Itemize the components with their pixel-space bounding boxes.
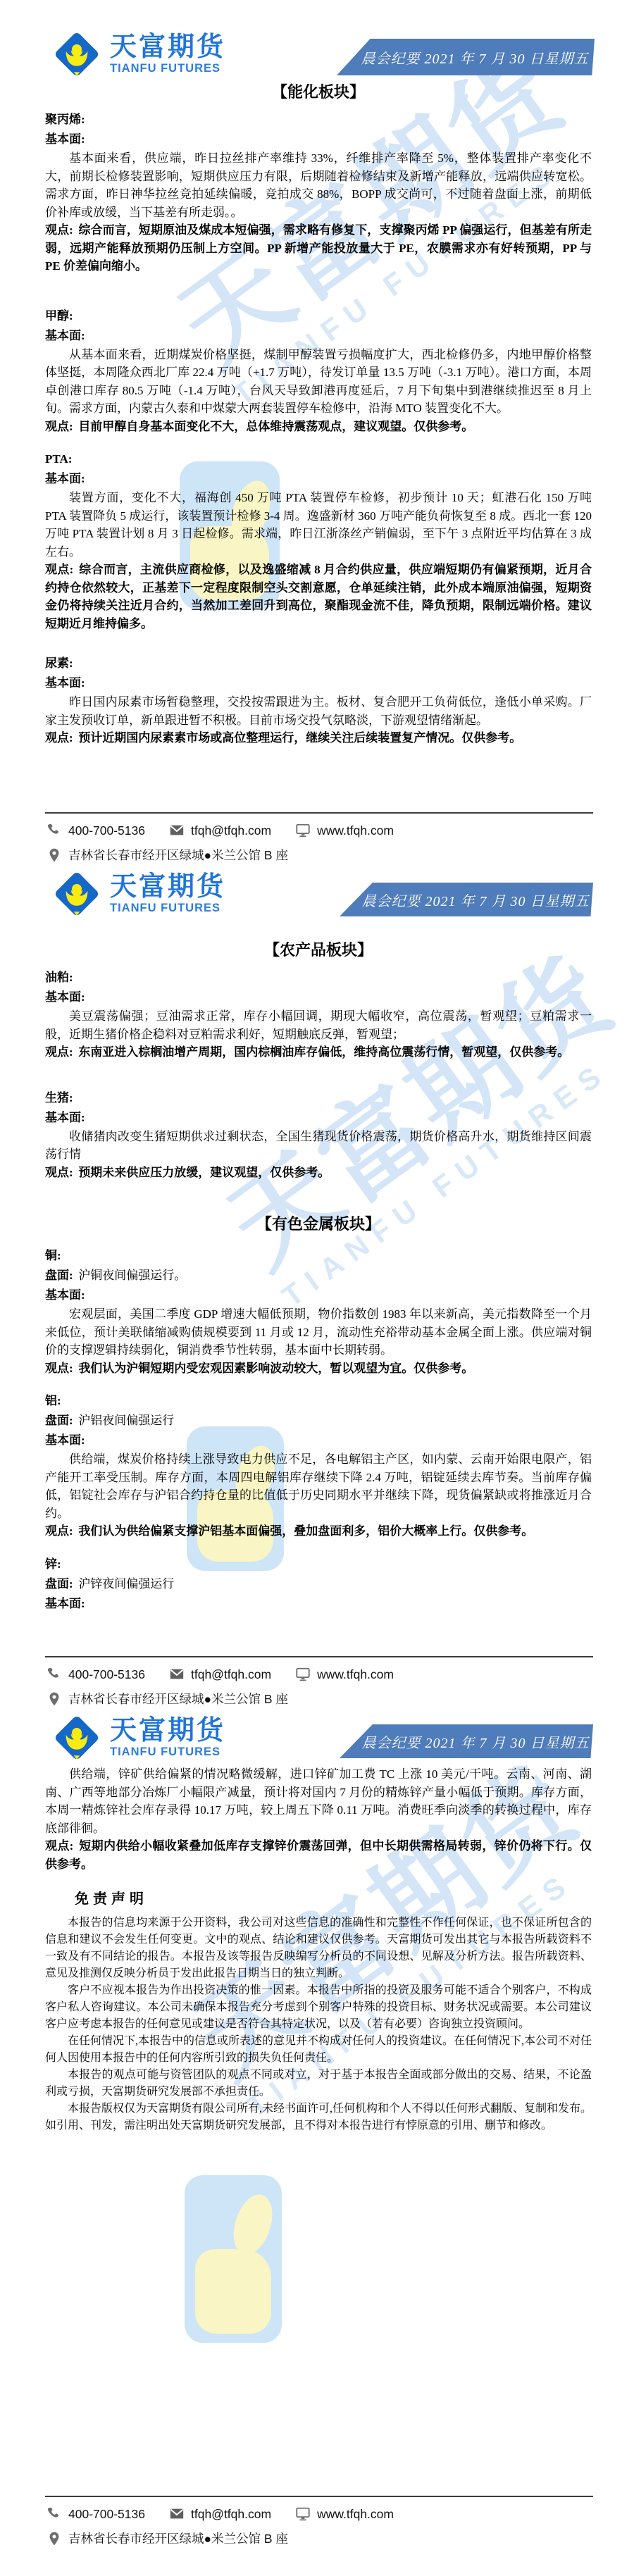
commodity-name: 甲醇: <box>45 306 592 326</box>
commodity-name: 铜: <box>45 1246 592 1266</box>
board-text: 盘面:沪铜夜间偏强运行。 <box>45 1266 592 1286</box>
viewpoint-text: 观点:短期内供给小幅收紧叠加低库存支撑锌价震荡回弹，但中长期供需格局转弱，锌价仍… <box>45 1837 592 1873</box>
logo-title: 天富期货 <box>110 873 225 901</box>
aluminum-section: 铝: 盘面:沪铝夜间偏强运行 基本面: 供给端，煤炭价格持续上涨导致电力供应不足… <box>45 1391 592 1541</box>
fundamental-label: 基本面: <box>45 1286 592 1305</box>
mail-icon <box>169 1667 185 1682</box>
footer-phone: 400-700-5136 <box>68 1667 145 1682</box>
fundamental-text: 从基本面来看，近期煤炭价格坚挺，煤制甲醇装置亏损幅度扩大，西北检修仍多，内地甲醇… <box>45 346 592 418</box>
oilmeal-section: 油粕: 基本面: 美豆震荡偏强；豆油需求正常，库存小幅回调，期现大幅收窄，高位震… <box>45 968 592 1062</box>
hogs-section: 生猪: 基本面: 收储猪肉改变生猪短期供求过剩状态，全国生猪现货价格震荡，期货价… <box>45 1088 592 1182</box>
tianfu-logo-icon <box>52 869 101 919</box>
footer-website: www.tfqh.com <box>317 2507 394 2522</box>
fundamental-text: 昨日国内尿素市场暂稳整理，交投按需跟进为主。板材、复合肥开工负荷低位，逢低小单采… <box>45 693 592 729</box>
viewpoint-text: 观点:我们认为供给偏紧支撑沪铝基本面偏强，叠加盘面利多，铝价大概率上行。仅供参考… <box>45 1522 592 1541</box>
fundamental-text: 美豆震荡偏强；豆油需求正常，库存小幅回调，期现大幅收窄，高位震荡，暂观望；豆粕需… <box>45 1007 592 1043</box>
watermark-logo-blob <box>185 2175 282 2343</box>
disclaimer-title: 免责声明 <box>75 1887 592 1908</box>
page-footer: 400-700-5136 tfqh@tfqh.com www.tfqh.com … <box>46 1667 418 1712</box>
date-banner: 晨会纪要 2021 年 7 月 30 日星期五 <box>340 883 593 916</box>
logo-subtitle: TIANFU FUTURES <box>110 61 225 75</box>
viewpoint-text: 观点:目前甲醇自身基本面变化不大，总体维持震荡观点，建议观望。仅供参考。 <box>45 418 592 436</box>
brand-logo: 天富期货 TIANFU FUTURES <box>52 869 225 919</box>
page-energy: 天富期货 TIANFU FUTURES 天富期货 TIANFU FUTURES … <box>0 0 634 866</box>
date-banner: 晨会纪要 2021 年 7 月 30 日星期五 <box>340 1724 593 1758</box>
section-title-energy: 【能化板块】 <box>45 82 592 103</box>
disclaimer-paragraph: 本报告版权仅为天富期货有限公司所有,未经书面许可,任何机构和个人不得以任何形式翻… <box>45 2101 592 2134</box>
fundamental-label: 基本面: <box>45 1594 592 1614</box>
page-footer: 400-700-5136 tfqh@tfqh.com www.tfqh.com … <box>46 823 418 866</box>
footer-divider <box>45 2496 593 2497</box>
viewpoint-text: 观点:东南亚进入棕榈油增产周期，国内棕榈油库存偏低，维持高位震荡行情，暂观望，仅… <box>45 1043 592 1062</box>
date-banner: 晨会纪要 2021 年 7 月 30 日星期五 <box>337 39 595 75</box>
footer-phone: 400-700-5136 <box>68 823 145 838</box>
phone-icon <box>46 1667 62 1682</box>
date-banner-text: 晨会纪要 2021 年 7 月 30 日星期五 <box>344 1731 590 1752</box>
commodity-name: 生猪: <box>45 1088 592 1108</box>
date-banner-text: 晨会纪要 2021 年 7 月 30 日星期五 <box>344 890 590 910</box>
monitor-icon <box>295 1667 311 1682</box>
fundamental-label: 基本面: <box>45 673 592 693</box>
location-pin-icon <box>46 847 62 863</box>
monitor-icon <box>295 2506 311 2522</box>
commodity-name: 锌: <box>45 1555 592 1574</box>
tianfu-logo-icon <box>52 1713 101 1762</box>
commodity-name: 铝: <box>45 1391 592 1411</box>
commodity-name: 聚丙烯: <box>45 110 592 130</box>
viewpoint-text: 观点:综合而言，短期原油及煤成本短偏强，需求略有修复下，支撑聚丙烯 PP 偏强运… <box>45 221 592 275</box>
fundamental-label: 基本面: <box>45 988 592 1007</box>
fundamental-text: 收储猪肉改变生猪短期供求过剩状态，全国生猪现货价格震荡，期货价格高升水，期货维持… <box>45 1128 592 1164</box>
brand-logo: 天富期货 TIANFU FUTURES <box>52 1713 225 1762</box>
location-pin-icon <box>46 1691 62 1707</box>
footer-divider <box>45 1656 593 1657</box>
footer-address: 吉林省长春市经开区绿城●米兰公馆 B 座 <box>68 2530 288 2547</box>
viewpoint-text: 观点:综合而言，主流供应商检修，以及逸盛缩减 8 月合约供应量，供应端短期仍有偏… <box>45 561 592 633</box>
zinc-continued-section: 供给端，锌矿供给偏紧的情况略微缓解，进口锌矿加工费 TC 上涨 10 美元/干吨… <box>45 1765 592 1873</box>
monitor-icon <box>295 823 311 838</box>
fundamental-label: 基本面: <box>45 469 592 489</box>
disclaimer-paragraph: 在任何情况下,本报告中的信息或所表述的意见并不构成对任何人的投资建议。在任何情况… <box>45 2033 592 2067</box>
fundamental-label: 基本面: <box>45 1108 592 1128</box>
fundamental-text: 基本面来看，供应端，昨日拉丝排产率维持 33%，纤维排产率降至 5%，整体装置排… <box>45 149 592 221</box>
mail-icon <box>169 2506 185 2522</box>
pta-section: PTA: 基本面: 装置方面，变化不大，福海创 450 万吨 PTA 装置停车检… <box>45 449 592 633</box>
date-banner-text: 晨会纪要 2021 年 7 月 30 日星期五 <box>343 47 589 68</box>
methanol-section: 甲醇: 基本面: 从基本面来看，近期煤炭价格坚挺，煤制甲醇装置亏损幅度扩大，西北… <box>45 306 592 436</box>
fundamental-text: 装置方面，变化不大，福海创 450 万吨 PTA 装置停车检修，初步预计 10 … <box>45 489 592 561</box>
urea-section: 尿素: 基本面: 昨日国内尿素市场暂稳整理，交投按需跟进为主。板材、复合肥开工负… <box>45 654 592 747</box>
viewpoint-text: 观点:预期未来供应压力放缓，建议观望，仅供参考。 <box>45 1164 592 1182</box>
fundamental-label: 基本面: <box>45 130 592 149</box>
brand-logo: 天富期货 TIANFU FUTURES <box>52 30 225 79</box>
fundamental-text: 供给端，锌矿供给偏紧的情况略微缓解，进口锌矿加工费 TC 上涨 10 美元/干吨… <box>45 1765 592 1837</box>
viewpoint-text: 观点:预计近期国内尿素素市场或高位整理运行，继续关注后续装置复产情况。仅供参考。 <box>45 729 592 747</box>
fundamental-text: 供给端，煤炭价格持续上涨导致电力供应不足，各电解铝主产区，如内蒙、云南开始限电限… <box>45 1450 592 1522</box>
page-agri-metal: 天富期货 TIANFU FUTURES 天富期货 TIANFU FUTURES … <box>0 866 634 1712</box>
fundamental-text: 宏观层面，美国二季度 GDP 增速大幅低预期，物价指数创 1983 年以来新高，… <box>45 1305 592 1359</box>
footer-email: tfqh@tfqh.com <box>191 2507 271 2522</box>
copper-section: 铜: 盘面:沪铜夜间偏强运行。 基本面: 宏观层面，美国二季度 GDP 增速大幅… <box>45 1246 592 1377</box>
disclaimer-paragraph: 本报告的观点可能与资管团队的观点不同或对立，对于基于本报告全面或部分做出的交易、… <box>45 2067 592 2101</box>
footer-divider <box>45 812 593 814</box>
logo-subtitle: TIANFU FUTURES <box>110 1745 225 1759</box>
footer-address: 吉林省长春市经开区绿城●米兰公馆 B 座 <box>68 846 288 864</box>
section-title-metal: 【有色金属板块】 <box>45 1214 592 1235</box>
footer-website: www.tfqh.com <box>317 1667 394 1682</box>
logo-subtitle: TIANFU FUTURES <box>110 901 225 915</box>
board-text: 盘面:沪铝夜间偏强运行 <box>45 1411 592 1431</box>
logo-title: 天富期货 <box>110 1717 225 1745</box>
logo-title: 天富期货 <box>110 33 225 61</box>
page-footer: 400-700-5136 tfqh@tfqh.com www.tfqh.com … <box>46 2506 418 2555</box>
disclaimer-paragraph: 本报告的信息均来源于公开资料，我公司对这些信息的准确性和完整性不作任何保证，也不… <box>45 1915 592 1982</box>
section-title-agri: 【农产品板块】 <box>45 940 592 961</box>
mail-icon <box>169 823 185 838</box>
disclaimer-section: 免责声明 本报告的信息均来源于公开资料，我公司对这些信息的准确性和完整性不作任何… <box>45 1887 592 2134</box>
footer-phone: 400-700-5136 <box>68 2507 145 2522</box>
polypropylene-section: 聚丙烯: 基本面: 基本面来看，供应端，昨日拉丝排产率维持 33%，纤维排产率降… <box>45 110 592 275</box>
tianfu-logo-icon <box>52 30 101 79</box>
footer-email: tfqh@tfqh.com <box>191 823 271 838</box>
commodity-name: PTA: <box>45 449 592 469</box>
phone-icon <box>46 2506 62 2522</box>
board-text: 盘面:沪锌夜间偏强运行 <box>45 1574 592 1594</box>
fundamental-label: 基本面: <box>45 326 592 346</box>
phone-icon <box>46 823 62 838</box>
fundamental-label: 基本面: <box>45 1431 592 1450</box>
page-zinc-disclaimer: 天富期货 TIANFU FUTURES 天富期货 TIANFU FUTURES … <box>0 1712 634 2576</box>
commodity-name: 油粕: <box>45 968 592 988</box>
footer-website: www.tfqh.com <box>317 823 394 838</box>
location-pin-icon <box>46 2531 62 2546</box>
disclaimer-paragraph: 客户不应视本报告为作出投资决策的惟一因素。本报告中所指的投资及服务可能不适合个别… <box>45 1982 592 2033</box>
zinc-section: 锌: 盘面:沪锌夜间偏强运行 基本面: <box>45 1555 592 1614</box>
footer-address: 吉林省长春市经开区绿城●米兰公馆 B 座 <box>68 1690 288 1707</box>
footer-email: tfqh@tfqh.com <box>191 1667 271 1682</box>
commodity-name: 尿素: <box>45 654 592 673</box>
viewpoint-text: 观点:我们认为沪铜短期内受宏观因素影响波动较大，暂以观望为宜。仅供参考。 <box>45 1359 592 1378</box>
